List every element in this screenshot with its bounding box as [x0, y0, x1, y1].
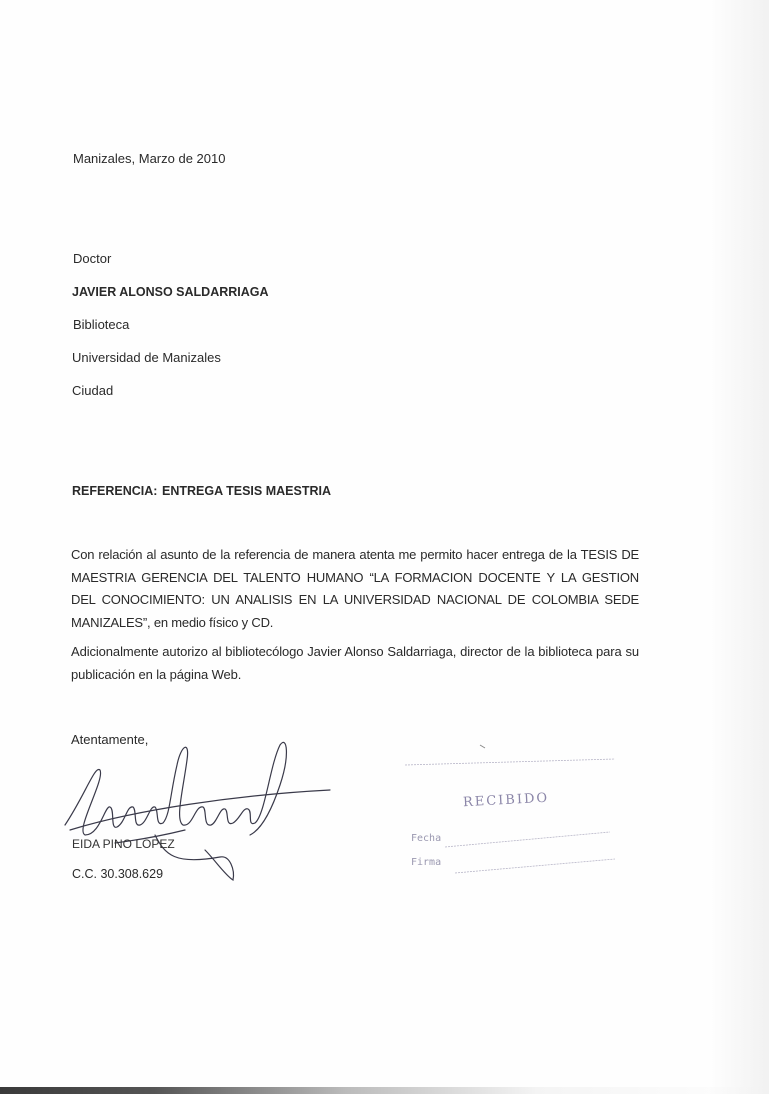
- signer-name: EIDA PINO LOPEZ: [72, 836, 175, 852]
- signer-id: C.C. 30.308.629: [72, 866, 163, 882]
- recipient-institution: Universidad de Manizales: [72, 350, 221, 366]
- recipient-city: Ciudad: [72, 383, 113, 399]
- received-stamp: RECIBIDO Fecha Firma: [395, 735, 635, 885]
- stamp-date-label: Fecha: [411, 833, 441, 844]
- body-paragraph-2: Adicionalmente autorizo al bibliotecólog…: [71, 641, 639, 686]
- reference-value: ENTREGA TESIS MAESTRIA: [162, 484, 331, 498]
- scanned-letter-page: Manizales, Marzo de 2010 Doctor JAVIER A…: [0, 0, 769, 1094]
- reference-label: REFERENCIA:: [72, 484, 157, 498]
- place-date: Manizales, Marzo de 2010: [73, 151, 225, 167]
- stamp-signature-label: Firma: [411, 857, 441, 868]
- recipient-name: JAVIER ALONSO SALDARRIAGA: [72, 284, 269, 300]
- handwritten-signature-icon: [55, 735, 345, 885]
- body-paragraph-1: Con relación al asunto de la referencia …: [71, 544, 639, 634]
- scan-shadow-edge: [709, 0, 769, 1094]
- scan-bottom-edge: [0, 1087, 769, 1094]
- recipient-title: Doctor: [73, 251, 111, 267]
- recipient-department: Biblioteca: [73, 317, 129, 333]
